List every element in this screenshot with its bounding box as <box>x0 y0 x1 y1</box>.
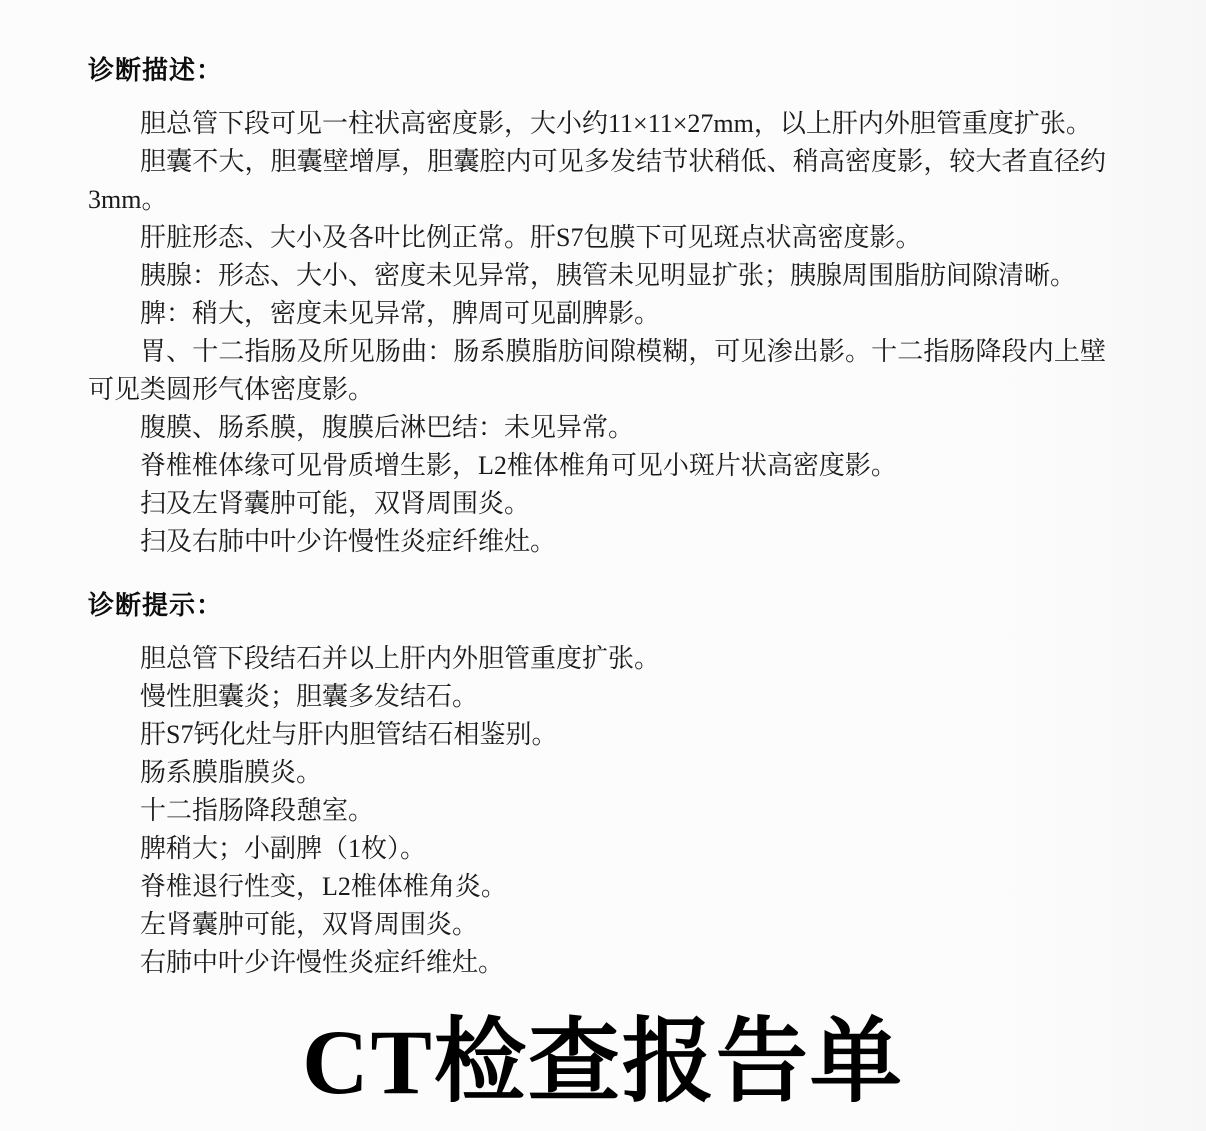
hint-paragraph-9: 右肺中叶少许慢性炎症纤维灶。 <box>88 944 1106 982</box>
hint-paragraph-4: 肠系膜脂膜炎。 <box>88 754 1106 792</box>
hint-paragraph-2: 慢性胆囊炎；胆囊多发结石。 <box>88 678 1106 716</box>
hint-paragraph-5: 十二指肠降段憩室。 <box>88 792 1106 830</box>
description-paragraph-8: 脊椎椎体缘可见骨质增生影，L2椎体椎角可见小斑片状高密度影。 <box>88 447 1106 485</box>
hint-paragraph-6: 脾稍大；小副脾（1枚）。 <box>88 830 1106 868</box>
diagnosis-hint-heading: 诊断提示： <box>88 589 1106 621</box>
description-paragraph-10: 扫及右肺中叶少许慢性炎症纤维灶。 <box>88 523 1106 561</box>
description-paragraph-2: 胆囊不大，胆囊壁增厚，胆囊腔内可见多发结节状稍低、稍高密度影，较大者直径约3mm… <box>88 143 1106 219</box>
report-body: 诊断描述： 胆总管下段可见一柱状高密度影，大小约11×11×27mm，以上肝内外… <box>88 54 1106 982</box>
description-paragraph-5: 脾：稍大，密度未见异常，脾周可见副脾影。 <box>88 295 1106 333</box>
hint-paragraph-1: 胆总管下段结石并以上肝内外胆管重度扩张。 <box>88 640 1106 678</box>
hint-paragraph-3: 肝S7钙化灶与肝内胆管结石相鉴别。 <box>88 716 1106 754</box>
ct-report-page: 诊断描述： 胆总管下段可见一柱状高密度影，大小约11×11×27mm，以上肝内外… <box>0 0 1206 1131</box>
description-paragraph-1: 胆总管下段可见一柱状高密度影，大小约11×11×27mm，以上肝内外胆管重度扩张… <box>88 105 1106 143</box>
hint-paragraph-7: 脊椎退行性变，L2椎体椎角炎。 <box>88 868 1106 906</box>
hint-paragraph-8: 左肾囊肿可能，双肾周围炎。 <box>88 906 1106 944</box>
description-paragraph-3: 肝脏形态、大小及各叶比例正常。肝S7包膜下可见斑点状高密度影。 <box>88 219 1106 257</box>
diagnosis-description-heading: 诊断描述： <box>88 54 1106 86</box>
description-paragraph-4: 胰腺：形态、大小、密度未见异常，胰管未见明显扩张；胰腺周围脂肪间隙清晰。 <box>88 257 1106 295</box>
section-diagnosis-hint: 诊断提示： 胆总管下段结石并以上肝内外胆管重度扩张。 慢性胆囊炎；胆囊多发结石。… <box>88 589 1106 982</box>
description-paragraph-9: 扫及左肾囊肿可能，双肾周围炎。 <box>88 485 1106 523</box>
section-diagnosis-description: 诊断描述： 胆总管下段可见一柱状高密度影，大小约11×11×27mm，以上肝内外… <box>88 54 1106 561</box>
description-paragraph-7: 腹膜、肠系膜，腹膜后淋巴结：未见异常。 <box>88 409 1106 447</box>
report-title: CT检查报告单 <box>0 1012 1206 1113</box>
description-paragraph-6: 胃、十二指肠及所见肠曲：肠系膜脂肪间隙模糊，可见渗出影。十二指肠降段内上壁可见类… <box>88 333 1106 409</box>
